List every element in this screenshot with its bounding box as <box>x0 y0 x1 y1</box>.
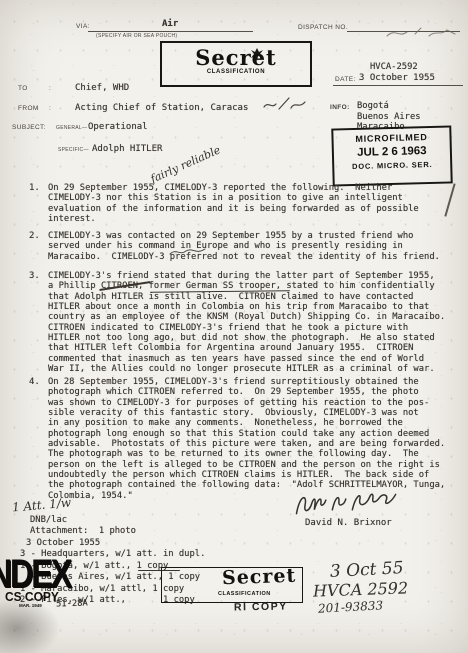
paragraph-4: On 28 September 1955, CIMELODY-3's frien… <box>48 377 445 501</box>
via-label: VIA: <box>76 23 90 30</box>
to-label: TO <box>18 85 28 92</box>
subject-label: SUBJECT: <box>12 124 46 131</box>
microfilm-line1: MICROFILMED <box>333 131 449 144</box>
specific-value: Adolph HITLER <box>92 144 162 154</box>
hand-file-note: 201-93833 <box>318 598 384 615</box>
paragraph-2-number: 2. <box>29 231 40 241</box>
date-label: DATE: <box>335 76 356 83</box>
paragraph-1-number: 1. <box>29 183 40 193</box>
scan-smudge <box>0 598 60 653</box>
from-value: Acting Chief of Station, Caracas <box>75 103 248 113</box>
attachment-annotation: 1 Att. 1/w <box>12 495 72 514</box>
general-label: GENERAL— <box>56 125 87 131</box>
classification-bottom-subtitle: CLASSIFICATION <box>218 591 271 597</box>
secret-bottom-title: Secret <box>221 565 296 590</box>
paragraph-3-number: 3. <box>29 271 40 281</box>
general-value: Operational <box>88 122 148 132</box>
pencil-scribble <box>385 22 465 44</box>
scanned-dispatch-document: VIA: Air (SPECIFY AIR OR SEA POUCH) DISP… <box>0 0 468 653</box>
file-ref: 51-28A <box>56 598 88 609</box>
via-hint: (SPECIFY AIR OR SEA POUCH) <box>96 33 177 39</box>
pencil-scribble-from <box>262 96 308 114</box>
specific-label: SPECIFIC— <box>58 147 89 153</box>
paragraph-1: On 29 September 1955, CIMELODY-3 reporte… <box>48 183 419 224</box>
footer-date: 3 October 1955 <box>26 538 100 548</box>
classification-stamp-top: Secret CLASSIFICATION <box>160 41 312 87</box>
to-value: Chief, WHD <box>75 83 129 93</box>
pen-slash-mark <box>444 183 455 216</box>
microfilm-stamp: MICROFILMED JUL 2 6 1963 DOC. MICRO. SER… <box>331 125 452 186</box>
via-underline <box>88 31 253 32</box>
paragraph-2: CIMELODY-3 was contacted on 29 September… <box>48 231 440 262</box>
ri-copy-stamp: RI COPY <box>234 601 288 614</box>
ref-number: HVCA-2592 <box>370 62 418 72</box>
microfilm-date: JUL 2 6 1963 <box>334 144 450 159</box>
classification-stamp-bottom: Secret CLASSIFICATION <box>161 567 303 603</box>
hand-ref-note: HVCA 2592 <box>313 578 409 600</box>
date-underline <box>333 85 463 86</box>
via-value: Air <box>162 19 178 29</box>
paragraph-3: CIMELODY-3's friend stated that during t… <box>48 271 445 374</box>
classification-subtitle: CLASSIFICATION <box>162 69 310 75</box>
paragraph-4-number: 4. <box>29 377 40 387</box>
signature-script <box>291 484 403 522</box>
initials: DNB/lac <box>30 515 67 525</box>
from-label: FROM <box>18 105 39 112</box>
attachment-line: Attachment: 1 photo <box>30 526 136 536</box>
secret-title: Secret <box>162 45 310 70</box>
info-label: INFO: <box>330 104 350 111</box>
date-value: 3 October 1955 <box>359 73 435 83</box>
from-colon: : <box>49 105 51 112</box>
dispatch-label: DISPATCH NO. <box>298 24 348 31</box>
signature-typed-name: David N. Brixnor <box>305 518 392 528</box>
pencil-scribble-preferred <box>168 246 208 258</box>
to-colon: : <box>49 85 51 92</box>
microfilm-line3: DOC. MICRO. SER. <box>334 159 450 171</box>
